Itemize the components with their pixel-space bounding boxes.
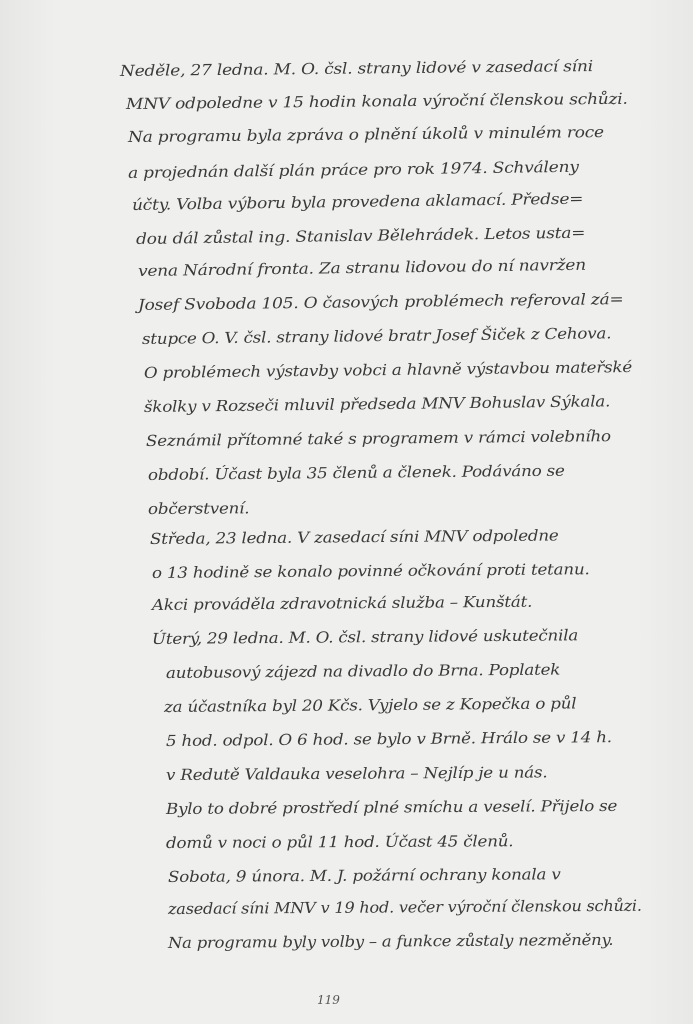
page-number: 119: [317, 993, 340, 1007]
text-line: a projednán další plán práce pro rok 197…: [128, 158, 579, 182]
text-line: občerstvení.: [148, 499, 249, 518]
text-line: zasedací síni MNV v 19 hod. večer výročn…: [168, 897, 642, 918]
text-line: stupce O. V. čsl. strany lidové bratr Jo…: [142, 324, 611, 348]
text-line: Seznámil přítomné také s programem v rám…: [146, 427, 611, 450]
text-line: Na programu byly volby – a funkce zůstal…: [168, 931, 613, 952]
document-page: Neděle, 27 ledna. M. O. čsl. strany lido…: [0, 0, 693, 1024]
text-line: za účastníka byl 20 Kčs. Vyjelo se z Kop…: [164, 694, 577, 716]
text-line: domů v noci o půl 11 hod. Účast 45 členů…: [166, 832, 513, 852]
text-line: Neděle, 27 ledna. M. O. čsl. strany lido…: [120, 57, 593, 80]
text-line: v Redutě Valdauka veselohra – Nejlíp je …: [166, 763, 548, 784]
text-line: Josef Svoboda 105. O časových problémech…: [138, 290, 624, 314]
text-line: Sobota, 9 února. M. J. požární ochrany k…: [168, 865, 561, 886]
text-line: Úterý, 29 ledna. M. O. čsl. strany lidov…: [152, 626, 578, 648]
text-line: Na programu byla zpráva o plnění úkolů v…: [128, 123, 604, 146]
text-line: dou dál zůstal ing. Stanislav Bělehrádek…: [136, 224, 586, 248]
text-line: Akci prováděla zdravotnická služba – Kun…: [152, 593, 532, 614]
text-line: vena Národní fronta. Za stranu lidovou d…: [138, 256, 586, 280]
text-line: období. Účast byla 35 členů a členek. Po…: [148, 462, 565, 484]
text-line: účty. Volba výboru byla provedena aklama…: [132, 190, 583, 214]
text-line: 5 hod. odpol. O 6 hod. se bylo v Brně. H…: [166, 728, 612, 750]
text-line: o 13 hodině se konalo povinné očkování p…: [152, 560, 590, 582]
text-line: O problémech výstavby vobci a hlavně výs…: [144, 358, 632, 382]
text-line: Bylo to dobré prostředí plné smíchu a ve…: [166, 797, 617, 818]
text-line: MNV odpoledne v 15 hodin konala výroční …: [126, 90, 628, 113]
text-line: Středa, 23 ledna. V zasedací síni MNV od…: [150, 526, 559, 548]
text-line: školky v Rozseči mluvil předseda MNV Boh…: [144, 392, 610, 416]
text-line: autobusový zájezd na divadlo do Brna. Po…: [166, 661, 560, 682]
